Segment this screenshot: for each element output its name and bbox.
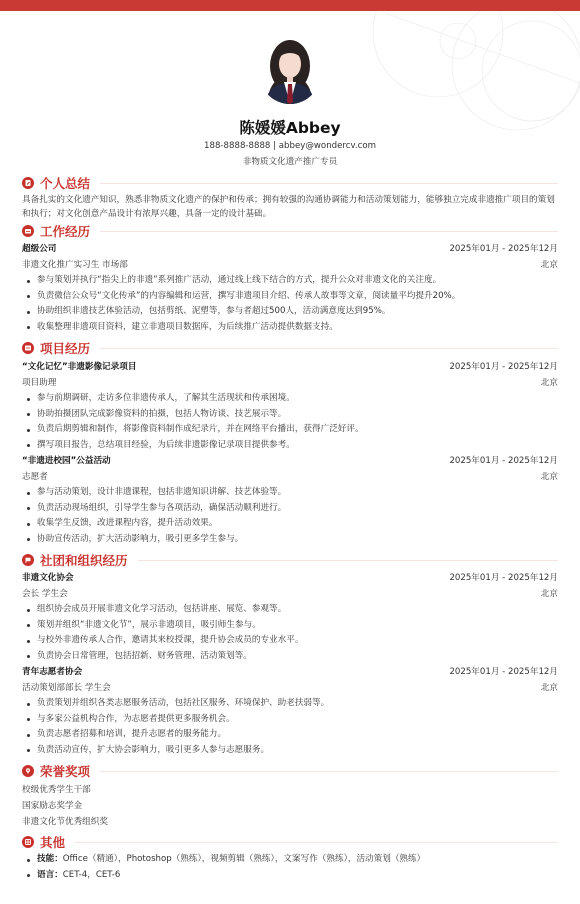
section-divider	[100, 231, 558, 232]
award-item: 国家励志奖学金	[22, 798, 558, 814]
list-item: 负责协会日常管理，包括招新、财务管理、活动策划等。	[22, 649, 558, 665]
languages-value: CET-4，CET-6	[63, 870, 121, 880]
organization-item: 非遗文化协会2025年01月 - 2025年12月 会长 学生会北京 组织协会成…	[22, 570, 558, 664]
org-name: 非遗文化协会	[22, 570, 74, 586]
grid-icon	[22, 836, 34, 848]
contact-separator: |	[273, 141, 276, 151]
section-divider	[138, 560, 558, 561]
avatar	[258, 36, 322, 104]
date-range: 2025年01月 - 2025年12月	[449, 664, 558, 680]
list-item: 负责志愿者招募和培训，提升志愿者的服务能力。	[22, 727, 558, 743]
bullet-list: 参与策划并执行“指尖上的非遗”系列推广活动，通过线上线下结合的方式，提升公众对非…	[22, 273, 558, 335]
org-name: 青年志愿者协会	[22, 664, 82, 680]
org-name: 超级公司	[22, 241, 56, 257]
list-item: 收集学生反馈，改进课程内容，提升活动效果。	[22, 516, 558, 532]
role: 会长 学生会	[22, 586, 68, 602]
project-item: “文化记忆”非遗影像记录项目2025年01月 - 2025年12月 项目助理北京…	[22, 359, 558, 453]
section-title: 社团和组织经历	[40, 551, 128, 569]
project-name: “文化记忆”非遗影像记录项目	[22, 359, 136, 375]
list-item-skills: 技能：Office（精通），Photoshop（熟练），视频剪辑（熟练），文案写…	[22, 852, 558, 868]
list-item: 参与策划并执行“指尖上的非遗”系列推广活动，通过线上线下结合的方式，提升公众对非…	[22, 273, 558, 289]
list-item: 负责微信公众号“文化传承”的内容编辑和运营，撰写非遗项目介绍、传承人故事等文章，…	[22, 289, 558, 305]
award-item: 校级优秀学生干部	[22, 782, 558, 798]
list-item: 协助宣传活动，扩大活动影响力，吸引更多学生参与。	[22, 532, 558, 548]
section-divider	[100, 183, 558, 184]
role: 活动策划部部长 学生会	[22, 680, 111, 696]
list-item: 收集整理非遗项目资料，建立非遗项目数据库，为后续推广活动提供数据支持。	[22, 320, 558, 336]
skills-label: 技能：	[37, 854, 63, 864]
date-range: 2025年01月 - 2025年12月	[449, 570, 558, 586]
section-awards-header: 荣誉奖项	[22, 763, 558, 779]
list-item: 参与前期调研，走访多位非遗传承人，了解其生活现状和传承困境。	[22, 391, 558, 407]
awards-list: 校级优秀学生干部 国家励志奖学金 非遗文化节优秀组织奖	[22, 782, 558, 830]
section-organizations-header: 社团和组织经历	[22, 552, 558, 568]
section-title: 个人总结	[40, 174, 90, 192]
bullet-list: 技能：Office（精通），Photoshop（熟练），视频剪辑（熟练），文案写…	[22, 852, 558, 883]
award-item: 非遗文化节优秀组织奖	[22, 814, 558, 830]
bullet-list: 负责策划并组织各类志愿服务活动，包括社区服务、环境保护、助老扶弱等。 与多家公益…	[22, 696, 558, 758]
section-title: 其他	[40, 833, 65, 851]
list-item: 策划并组织“非遗文化节”，展示非遗项目，吸引师生参与。	[22, 618, 558, 634]
location: 北京	[541, 375, 558, 391]
list-item: 组织协会成员开展非遗文化学习活动，包括讲座、展览、参观等。	[22, 602, 558, 618]
section-divider	[75, 842, 558, 843]
job-title: 非物质文化遗产推广专员	[0, 155, 580, 167]
work-item: 超级公司2025年01月 - 2025年12月 非遗文化推广实习生 市场部北京 …	[22, 241, 558, 335]
role: 项目助理	[22, 375, 56, 391]
other-list: 技能：Office（精通），Photoshop（熟练），视频剪辑（熟练），文案写…	[22, 852, 558, 883]
skills-value: Office（精通），Photoshop（熟练），视频剪辑（熟练），文案写作（熟…	[63, 854, 425, 864]
bullet-list: 参与前期调研，走访多位非遗传承人，了解其生活现状和传承困境。 协助拍摄团队完成影…	[22, 391, 558, 453]
section-title: 工作经历	[40, 222, 90, 240]
contact-line: 188-8888-8888 | abbey@wondercv.com	[0, 141, 580, 151]
location: 北京	[541, 680, 558, 696]
list-item: 负责策划并组织各类志愿服务活动，包括社区服务、环境保护、助老扶弱等。	[22, 696, 558, 712]
email[interactable]: abbey@wondercv.com	[279, 141, 376, 151]
flag-icon	[22, 554, 34, 566]
location: 北京	[541, 469, 558, 485]
list-item: 负责后期剪辑和制作，将影像资料制作成纪录片，并在网络平台播出，获得广泛好评。	[22, 422, 558, 438]
list-item: 与多家公益机构合作，为志愿者提供更多服务机会。	[22, 712, 558, 728]
list-item: 负责活动现场组织，引导学生参与各项活动，确保活动顺利进行。	[22, 501, 558, 517]
summary-text: 具备扎实的文化遗产知识，熟悉非物质文化遗产的保护和传承；拥有较强的沟通协调能力和…	[22, 194, 558, 221]
section-divider	[100, 771, 558, 772]
bullet-list: 组织协会成员开展非遗文化学习活动，包括讲座、展览、参观等。 策划并组织“非遗文化…	[22, 602, 558, 664]
location: 北京	[541, 257, 558, 273]
project-name: “非遗进校园”公益活动	[22, 453, 111, 469]
edit-icon	[22, 177, 34, 189]
list-item: 撰写项目报告，总结项目经验，为后续非遗影像记录项目提供参考。	[22, 438, 558, 454]
list-item: 协助组织非遗技艺体验活动，包括剪纸、泥塑等，参与者超过500人，活动满意度达到9…	[22, 304, 558, 320]
award-icon	[22, 765, 34, 777]
phone: 188-8888-8888	[204, 141, 270, 151]
location: 北京	[541, 586, 558, 602]
date-range: 2025年01月 - 2025年12月	[449, 359, 558, 375]
section-work-header: 工作经历	[22, 223, 558, 239]
section-projects-header: 项目经历	[22, 340, 558, 356]
top-accent-bar	[0, 0, 580, 11]
list-item: 参与活动策划，设计非遗课程，包括非遗知识讲解、技艺体验等。	[22, 485, 558, 501]
section-title: 荣誉奖项	[40, 762, 90, 780]
list-item: 协助拍摄团队完成影像资料的拍摄，包括人物访谈、技艺展示等。	[22, 407, 558, 423]
project-item: “非遗进校园”公益活动2025年01月 - 2025年12月 志愿者北京 参与活…	[22, 453, 558, 547]
role: 非遗文化推广实习生 市场部	[22, 257, 128, 273]
section-other-header: 其他	[22, 834, 558, 850]
section-title: 项目经历	[40, 339, 90, 357]
date-range: 2025年01月 - 2025年12月	[449, 241, 558, 257]
section-summary-header: 个人总结	[22, 175, 558, 191]
briefcase-icon	[22, 225, 34, 237]
bullet-list: 参与活动策划，设计非遗课程，包括非遗知识讲解、技艺体验等。 负责活动现场组织，引…	[22, 485, 558, 547]
organization-item: 青年志愿者协会2025年01月 - 2025年12月 活动策划部部长 学生会北京…	[22, 664, 558, 758]
list-item: 与校外非遗传承人合作，邀请其来校授课，提升协会成员的专业水平。	[22, 633, 558, 649]
candidate-name: 陈媛媛Abbey	[0, 116, 580, 138]
date-range: 2025年01月 - 2025年12月	[449, 453, 558, 469]
project-icon	[22, 342, 34, 354]
list-item-languages: 语言：CET-4，CET-6	[22, 868, 558, 884]
summary-block: 具备扎实的文化遗产知识，熟悉非物质文化遗产的保护和传承；拥有较强的沟通协调能力和…	[22, 194, 558, 221]
role: 志愿者	[22, 469, 48, 485]
languages-label: 语言：	[37, 870, 63, 880]
list-item: 负责活动宣传，扩大协会影响力，吸引更多人参与志愿服务。	[22, 743, 558, 759]
section-divider	[100, 348, 558, 349]
